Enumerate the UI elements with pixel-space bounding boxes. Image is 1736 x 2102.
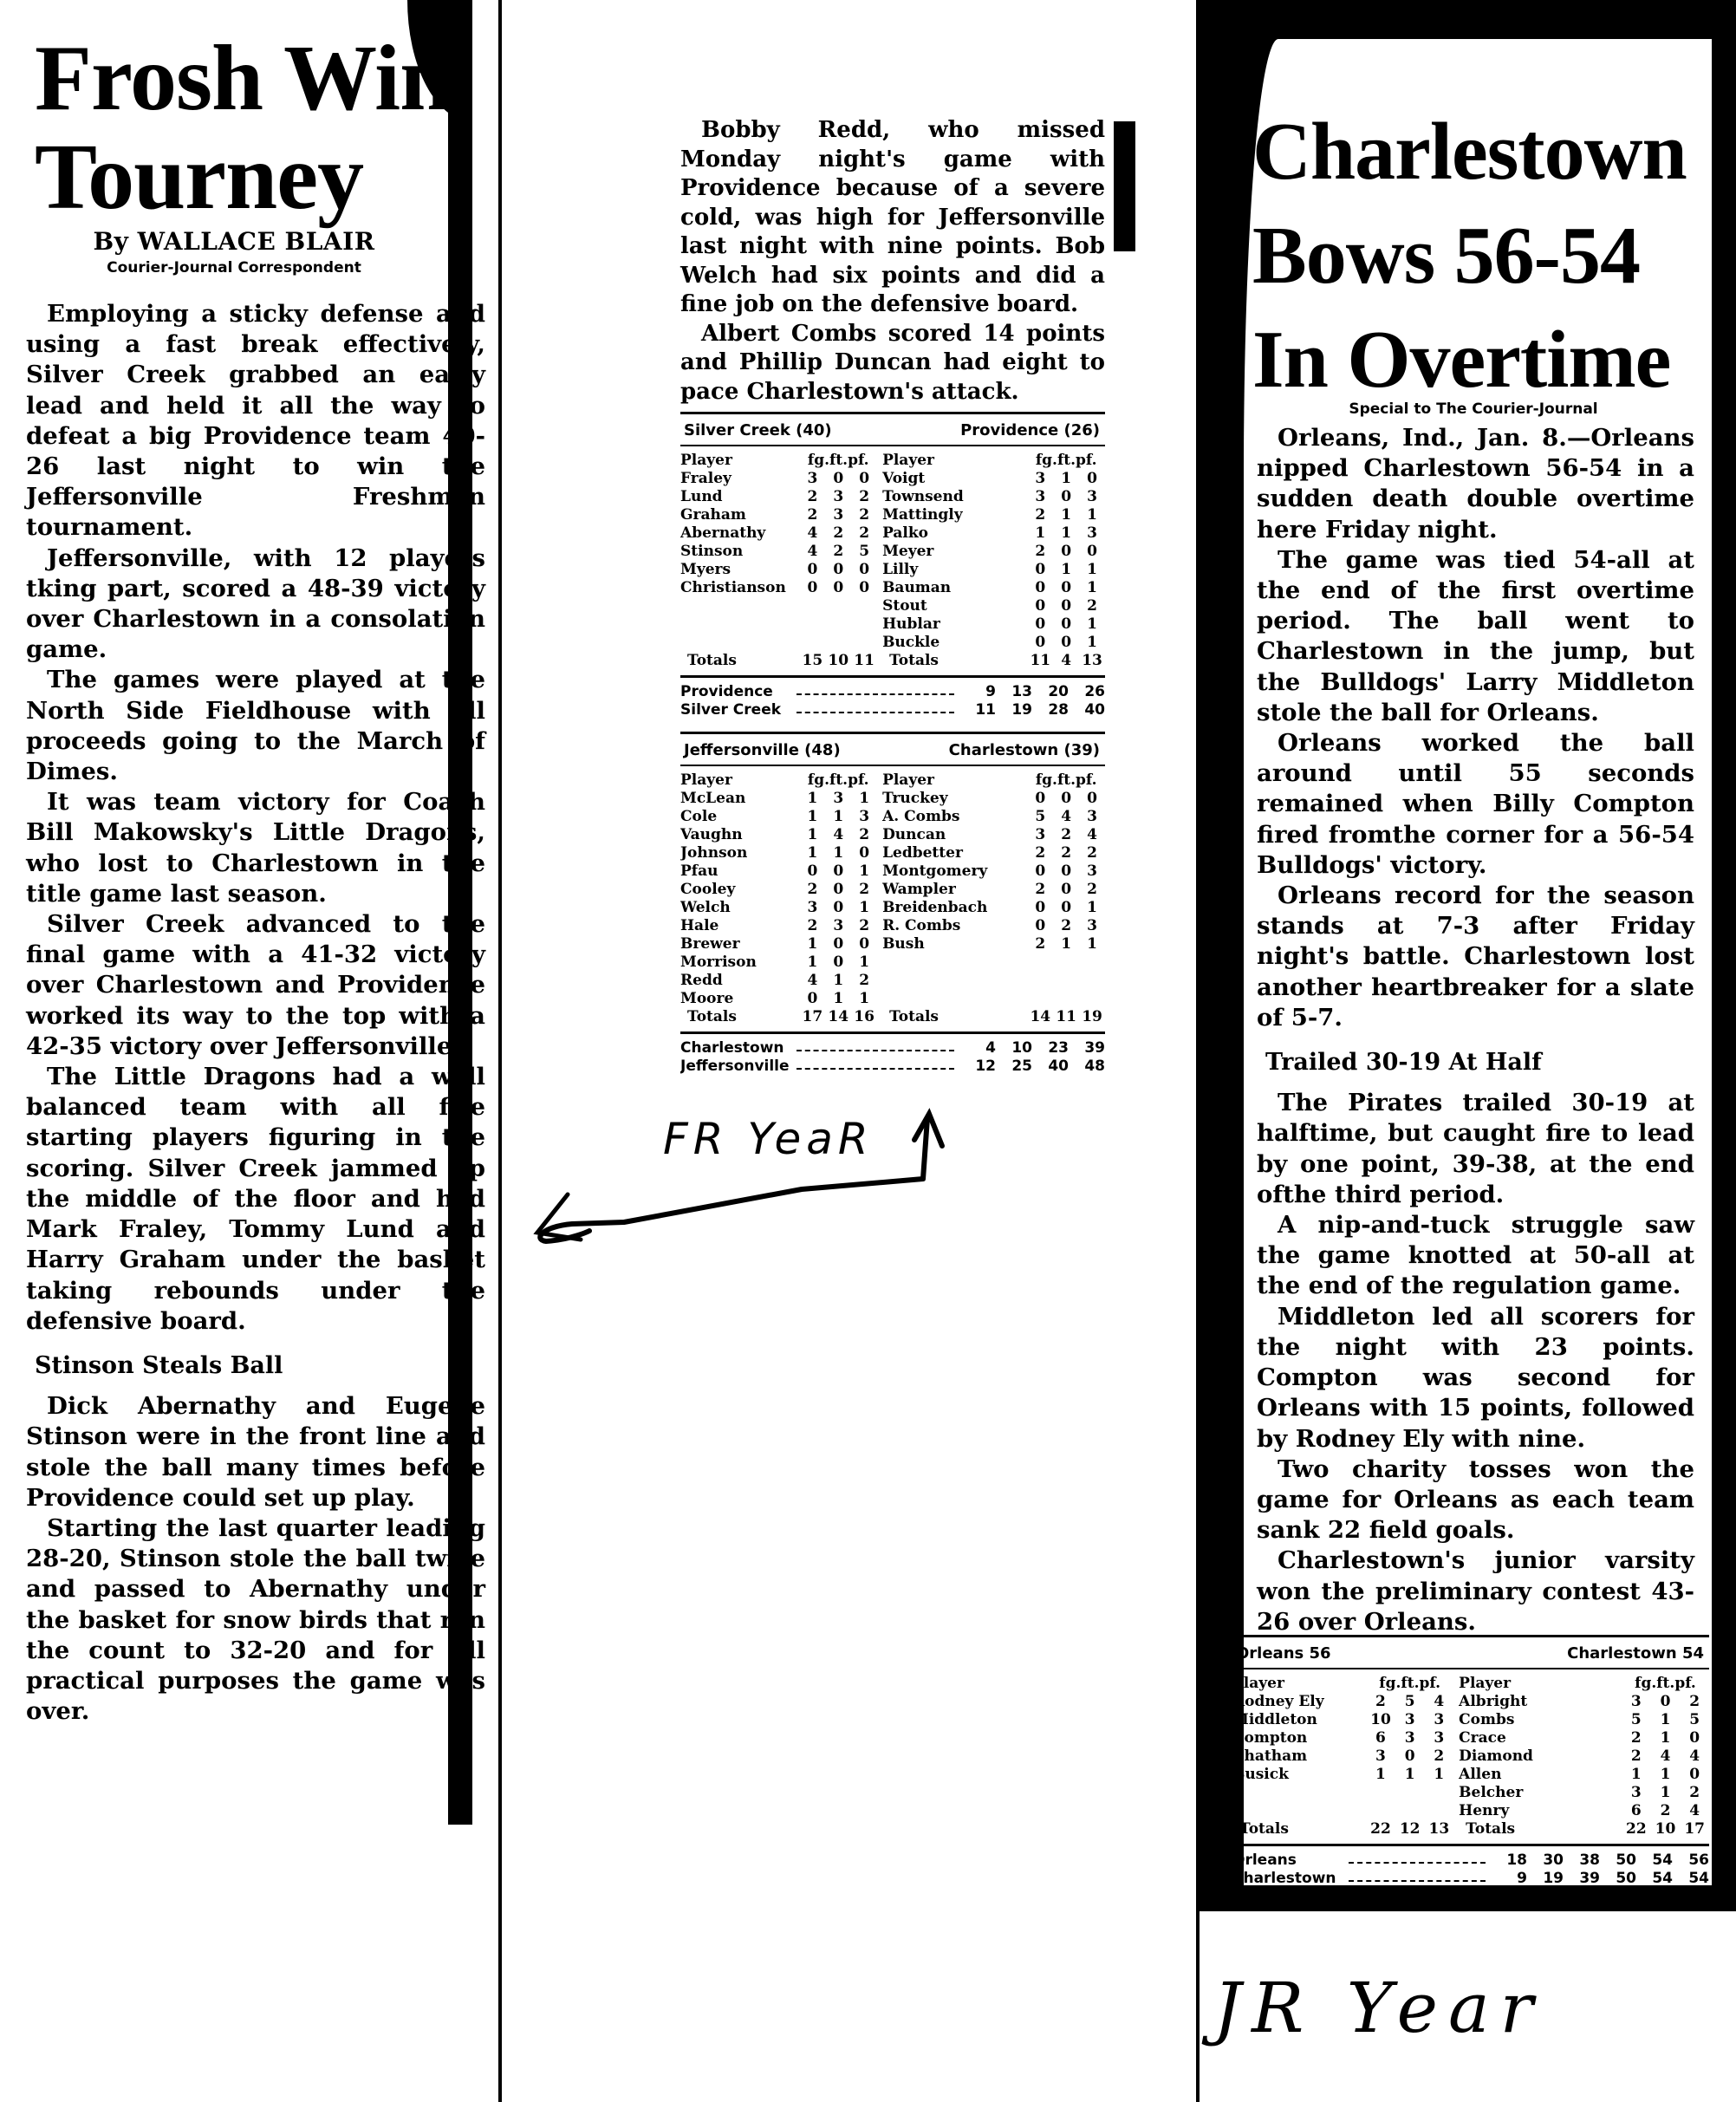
stat-pf: 2	[851, 972, 877, 990]
line-score: Orleans183038505456Charlestown9193950545…	[1232, 1851, 1709, 1888]
totals-label: Totals	[1232, 1820, 1361, 1838]
table-row: Johnson	[680, 844, 794, 862]
player-name: Myers	[680, 561, 794, 579]
stat-fg: 3	[1027, 826, 1053, 844]
table-row: Lund	[680, 488, 794, 506]
stat-pf: 2	[851, 826, 877, 844]
subhead-trailed-at-half: Trailed 30-19 At Half	[1265, 1047, 1694, 1077]
paragraph: Two charity tosses won the game for Orle…	[1257, 1454, 1694, 1546]
divider	[680, 1031, 1105, 1034]
stat-pf: 2	[1424, 1747, 1453, 1766]
period-score: 30	[1527, 1851, 1564, 1870]
table-row-stats: 011	[799, 990, 877, 1008]
stat-fg: 2	[799, 488, 825, 506]
period-score: 19	[1527, 1870, 1564, 1888]
stat-ft: 0	[825, 935, 851, 953]
player-name: Cole	[680, 808, 794, 826]
stat-ft: 3	[1395, 1711, 1425, 1729]
table-row-stats: 324	[1027, 826, 1105, 844]
player-stats-column: fg.ft.pf.302515210244110312624221017	[1622, 1675, 1709, 1838]
player-name: Stout	[882, 597, 1022, 615]
player-name: Meyer	[882, 543, 1022, 561]
table-row: Voigt	[882, 470, 1022, 488]
stat-fg: 0	[1027, 899, 1053, 917]
box-score-table: PlayerMcLeanColeVaughnJohnsonPfauCooleyW…	[680, 771, 1105, 1026]
stat-pf: 5	[1680, 1711, 1709, 1729]
stat-ft: 4	[825, 826, 851, 844]
divider	[680, 675, 1105, 678]
table-row: Middleton	[1232, 1711, 1361, 1729]
table-row-stats: 101	[799, 953, 877, 972]
table-row: McLean	[680, 790, 794, 808]
player-name: Crace	[1459, 1729, 1616, 1747]
subhead-stinson-steals-ball: Stinson Steals Ball	[35, 1350, 485, 1381]
table-row-stats: 310	[1027, 470, 1105, 488]
player-name: Townsend	[882, 488, 1022, 506]
period-score: 56	[1673, 1851, 1709, 1870]
stat-pf: 2	[1079, 881, 1105, 899]
stat-fg: 1	[1366, 1766, 1395, 1784]
column-header-player: Player	[882, 452, 1022, 470]
total-fg: 11	[1027, 652, 1053, 670]
stat-pf: 2	[851, 506, 877, 524]
table-row-stats: 200	[1027, 543, 1105, 561]
line-score: Charlestown4102339Jeffersonville12254048	[680, 1039, 1105, 1076]
paragraph: Jeffersonville, with 12 players tking pa…	[26, 543, 485, 666]
paragraph: Silver Creek advanced to the final game …	[26, 909, 485, 1062]
table-row-stats: 001	[799, 862, 877, 881]
total-pf: 17	[1680, 1820, 1709, 1838]
stat-ft: 0	[1395, 1747, 1425, 1766]
player-name: Hale	[680, 917, 794, 935]
stat-fg: 5	[1622, 1711, 1651, 1729]
stat-fg: 1	[799, 808, 825, 826]
stat-ft: 1	[1651, 1711, 1681, 1729]
table-row-stats: 000	[1027, 790, 1105, 808]
player-name: Moore	[680, 990, 794, 1008]
paragraph: Orleans worked the ball around until 55 …	[1257, 728, 1694, 881]
stat-fg: 1	[1622, 1766, 1651, 1784]
table-row: Hublar	[882, 615, 1022, 634]
line-score-row: Orleans183038505456	[1232, 1851, 1709, 1870]
period-score: 9	[1491, 1870, 1527, 1888]
stat-fg: 4	[799, 543, 825, 561]
player-name: Johnson	[680, 844, 794, 862]
period-score: 13	[996, 683, 1032, 701]
stat-fg: 1	[799, 935, 825, 953]
stat-ft: 2	[825, 543, 851, 561]
stat-pf: 2	[1680, 1784, 1709, 1802]
stat-fg: 6	[1622, 1802, 1651, 1820]
period-score: 11	[959, 701, 996, 719]
box-score-header: Orleans 56 Charlestown 54	[1232, 1643, 1709, 1663]
table-row-stats: 232	[799, 488, 877, 506]
table-row: Townsend	[882, 488, 1022, 506]
period-score: 39	[1069, 1039, 1105, 1058]
player-name: Belcher	[1459, 1784, 1616, 1802]
stat-pf: 0	[851, 935, 877, 953]
box-score-orleans-charlestown: Orleans 56 Charlestown 54 PlayerRodney E…	[1232, 1630, 1709, 1901]
table-row: Fraley	[680, 470, 794, 488]
stat-ft: 1	[1053, 470, 1079, 488]
stat-pf: 1	[851, 790, 877, 808]
stat-pf: 2	[1680, 1693, 1709, 1711]
stat-fg: 4	[799, 524, 825, 543]
total-pf: 13	[1424, 1820, 1453, 1838]
stat-pf: 3	[851, 808, 877, 826]
total-fg: 17	[799, 1008, 825, 1026]
total-pf: 13	[1079, 652, 1105, 670]
stat-fg: 3	[799, 899, 825, 917]
table-row: Wampler	[882, 881, 1022, 899]
player-name: Welch	[680, 899, 794, 917]
stat-pf: 0	[1680, 1729, 1709, 1747]
table-row-stats: 003	[1027, 862, 1105, 881]
stat-pf: 1	[1424, 1766, 1453, 1784]
table-row-stats: 113	[1027, 524, 1105, 543]
table-row: Busick	[1232, 1766, 1361, 1784]
box-score-header: Silver Creek (40) Providence (26)	[680, 420, 1105, 439]
author-name: By WALLACE BLAIR	[26, 227, 442, 256]
total-fg: 22	[1622, 1820, 1651, 1838]
table-row-stats: 422	[799, 524, 877, 543]
stat-fg: 3	[1622, 1693, 1651, 1711]
line-score-row: Providence9132026	[680, 683, 1105, 701]
stat-pf: 3	[1079, 808, 1105, 826]
leader-dots	[1349, 1851, 1486, 1864]
table-row: Bauman	[882, 579, 1022, 597]
period-score: 40	[1032, 1058, 1069, 1076]
table-row: Vaughn	[680, 826, 794, 844]
player-stats-column: fg.ft.pf.0005433242220032020010232111411…	[1027, 771, 1105, 1026]
player-name: Wampler	[882, 881, 1022, 899]
stat-pf: 1	[1079, 506, 1105, 524]
box-score-table: PlayerFraleyLundGrahamAbernathyStinsonMy…	[680, 452, 1105, 670]
stat-pf: 1	[1079, 579, 1105, 597]
player-name: Hublar	[882, 615, 1022, 634]
table-row: Redd	[680, 972, 794, 990]
stat-pf: 2	[851, 524, 877, 543]
stat-pf: 0	[851, 579, 877, 597]
table-row: Duncan	[882, 826, 1022, 844]
table-row: Combs	[1459, 1711, 1616, 1729]
stat-fg: 0	[1027, 597, 1053, 615]
table-row: Henry	[1459, 1802, 1616, 1820]
table-row-stats: 543	[1027, 808, 1105, 826]
stat-pf: 3	[1079, 917, 1105, 935]
player-names-column: PlayerAlbrightCombsCraceDiamondAllenBelc…	[1459, 1675, 1616, 1838]
paragraph: The Little Dragons had a well balanced t…	[26, 1062, 485, 1337]
total-ft: 10	[1651, 1820, 1681, 1838]
stat-ft: 1	[1651, 1784, 1681, 1802]
stat-fg: 3	[1622, 1784, 1651, 1802]
table-row: Diamond	[1459, 1747, 1616, 1766]
stat-pf: 0	[1680, 1766, 1709, 1784]
line-score-row: Charlestown91939505454	[1232, 1870, 1709, 1888]
divider	[1232, 1893, 1709, 1896]
stat-ft: 3	[825, 917, 851, 935]
paragraph: The game was tied 54-all at the end of t…	[1257, 545, 1694, 728]
stat-fg: 0	[1027, 615, 1053, 634]
stat-pf: 1	[1079, 615, 1105, 634]
player-name: Albright	[1459, 1693, 1616, 1711]
table-row: Lilly	[882, 561, 1022, 579]
table-row: Meyer	[882, 543, 1022, 561]
stat-pf: 2	[851, 881, 877, 899]
divider	[680, 412, 1105, 414]
stat-fg: 0	[1027, 917, 1053, 935]
wire-credit: Special to The Courier-Journal	[1257, 400, 1690, 418]
table-row-stats: 202	[799, 881, 877, 899]
period-score: 26	[1069, 683, 1105, 701]
table-row	[680, 597, 794, 615]
paragraph: The Pirates trailed 30-19 at halftime, b…	[1257, 1088, 1694, 1210]
table-row	[882, 953, 1022, 972]
stat-fg: 1	[799, 953, 825, 972]
stat-ft: 0	[1053, 615, 1079, 634]
table-row-stats	[799, 615, 877, 634]
stat-ft: 2	[825, 524, 851, 543]
player-name: Montgomery	[882, 862, 1022, 881]
table-row-stats: 254	[1366, 1693, 1453, 1711]
stat-fg: 2	[1622, 1729, 1651, 1747]
stat-fg: 2	[799, 917, 825, 935]
totals-label: Totals	[680, 652, 794, 670]
stat-ft: 0	[825, 561, 851, 579]
stat-fg: 2	[799, 506, 825, 524]
stat-ft: 4	[1651, 1747, 1681, 1766]
stat-ft: 3	[1395, 1729, 1425, 1747]
stat-ft: 3	[825, 488, 851, 506]
stat-ft: 3	[825, 506, 851, 524]
right-clipping: Charlestown Bows 56-54 In Overtime Speci…	[1196, 0, 1736, 2102]
line-score-row: Charlestown4102339	[680, 1039, 1105, 1058]
player-stats-column: fg.ft.pf.3103032111132000110010020010011…	[1027, 452, 1105, 670]
stat-pf: 1	[1079, 561, 1105, 579]
stat-fg: 2	[1027, 844, 1053, 862]
table-row-stats: 425	[799, 543, 877, 561]
column-header-stats: fg.ft.pf.	[1027, 452, 1105, 470]
stat-ft: 4	[1053, 808, 1079, 826]
stat-fg: 1	[799, 826, 825, 844]
player-stats-column: fg.ft.pf.1311131421100012023012321001014…	[799, 771, 877, 1026]
column-header-stats: fg.ft.pf.	[1027, 771, 1105, 790]
stat-pf: 1	[1079, 899, 1105, 917]
period-score: 48	[1069, 1058, 1105, 1076]
stat-pf: 3	[1424, 1711, 1453, 1729]
table-row-stats	[1027, 972, 1105, 990]
table-row-stats	[1027, 953, 1105, 972]
table-row-stats: 110	[1622, 1766, 1709, 1784]
table-row-stats: 202	[1027, 881, 1105, 899]
table-row	[882, 990, 1022, 1008]
stat-pf: 0	[851, 844, 877, 862]
total-pf: 16	[851, 1008, 877, 1026]
stat-ft: 0	[1651, 1693, 1681, 1711]
paragraph: A nip-and-tuck struggle saw the game kno…	[1257, 1210, 1694, 1302]
stat-ft: 0	[1053, 881, 1079, 899]
player-name: Busick	[1232, 1766, 1361, 1784]
table-row: Albright	[1459, 1693, 1616, 1711]
player-name: Redd	[680, 972, 794, 990]
player-name: Middleton	[1232, 1711, 1361, 1729]
table-row: Allen	[1459, 1766, 1616, 1784]
stat-pf: 1	[851, 862, 877, 881]
stat-ft: 1	[825, 990, 851, 1008]
stat-fg: 6	[1366, 1729, 1395, 1747]
totals-label: Totals	[882, 1008, 1022, 1026]
divider	[680, 445, 1105, 446]
table-row-stats	[1366, 1784, 1453, 1802]
table-row-stats: 100	[799, 935, 877, 953]
player-name: Morrison	[680, 953, 794, 972]
stat-fg: 0	[1027, 561, 1053, 579]
player-name: Cooley	[680, 881, 794, 899]
table-row: Bush	[882, 935, 1022, 953]
column-header-player: Player	[680, 452, 794, 470]
table-row-stats: 001	[1027, 579, 1105, 597]
stat-ft: 0	[1053, 597, 1079, 615]
stat-pf: 1	[851, 953, 877, 972]
period-score: 40	[1069, 701, 1105, 719]
total-pf: 19	[1079, 1008, 1105, 1026]
article-body-middle: Bobby Redd, who missed Monday night's ga…	[680, 116, 1105, 1076]
player-names-column: PlayerRodney ElyMiddletonComptonChathamB…	[1232, 1675, 1361, 1838]
stat-ft: 0	[1053, 862, 1079, 881]
box-score-jeffersonville-charlestown: Jeffersonville (48) Charlestown (39) Pla…	[680, 739, 1105, 1076]
table-row: Graham	[680, 506, 794, 524]
table-row-stats: 000	[799, 561, 877, 579]
stat-fg: 3	[1366, 1747, 1395, 1766]
player-name: Christianson	[680, 579, 794, 597]
headline-charlestown-bows: Charlestown Bows 56-54 In Overtime	[1252, 100, 1703, 412]
table-row: Christianson	[680, 579, 794, 597]
stat-pf: 3	[1424, 1729, 1453, 1747]
period-score: 54	[1636, 1851, 1673, 1870]
handwritten-jr-year: JR Year	[1213, 1968, 1544, 2048]
stat-fg: 3	[1027, 488, 1053, 506]
stat-pf: 1	[1079, 634, 1105, 652]
player-name: A. Combs	[882, 808, 1022, 826]
line-score-team: Charlestown	[1232, 1870, 1345, 1888]
period-score: 28	[1032, 701, 1069, 719]
stat-fg: 2	[1366, 1693, 1395, 1711]
player-name: Abernathy	[680, 524, 794, 543]
player-name: Bush	[882, 935, 1022, 953]
stat-pf: 4	[1680, 1802, 1709, 1820]
leader-dots	[796, 1058, 954, 1070]
table-row-stats: 302	[1622, 1693, 1709, 1711]
table-row: Montgomery	[882, 862, 1022, 881]
table-row: Truckey	[882, 790, 1022, 808]
stat-ft: 1	[1053, 935, 1079, 953]
column-header-player: Player	[1232, 1675, 1361, 1693]
stat-ft: 1	[825, 972, 851, 990]
line-score-team: Jeffersonville	[680, 1058, 793, 1076]
table-row	[1232, 1784, 1361, 1802]
stat-pf: 0	[851, 470, 877, 488]
stat-fg: 3	[1027, 470, 1053, 488]
table-row-stats: 111	[1366, 1766, 1453, 1784]
player-name: Combs	[1459, 1711, 1616, 1729]
table-row-stats: 303	[1027, 488, 1105, 506]
page-divider	[498, 0, 502, 2102]
table-row-stats: 301	[799, 899, 877, 917]
stat-fg: 2	[1027, 881, 1053, 899]
player-name: Lund	[680, 488, 794, 506]
table-row-stats: 1033	[1366, 1711, 1453, 1729]
leader-dots	[796, 701, 954, 713]
player-name: Compton	[1232, 1729, 1361, 1747]
player-name: McLean	[680, 790, 794, 808]
table-row-stats: 210	[1622, 1729, 1709, 1747]
stat-ft: 1	[825, 844, 851, 862]
period-score: 39	[1564, 1870, 1600, 1888]
table-row	[680, 615, 794, 634]
stat-fg: 2	[1622, 1747, 1651, 1766]
stat-ft: 0	[1053, 543, 1079, 561]
stat-fg: 2	[1027, 543, 1053, 561]
table-row-stats: 624	[1622, 1802, 1709, 1820]
table-row: Brewer	[680, 935, 794, 953]
totals-label: Totals	[1459, 1820, 1616, 1838]
table-row-stats: 211	[1027, 506, 1105, 524]
period-score: 18	[1491, 1851, 1527, 1870]
table-row-stats: 244	[1622, 1747, 1709, 1766]
table-row: Belcher	[1459, 1784, 1616, 1802]
line-score-row: Silver Creek11192840	[680, 701, 1105, 719]
line-score-team: Orleans	[1232, 1851, 1345, 1870]
stat-pf: 2	[1079, 597, 1105, 615]
table-row: Ledbetter	[882, 844, 1022, 862]
total-ft: 11	[1053, 1008, 1079, 1026]
stat-ft: 1	[1053, 524, 1079, 543]
stat-pf: 3	[1079, 862, 1105, 881]
table-row: Hale	[680, 917, 794, 935]
player-name: Diamond	[1459, 1747, 1616, 1766]
box-score-table: PlayerRodney ElyMiddletonComptonChathamB…	[1232, 1675, 1709, 1838]
divider	[1232, 1844, 1709, 1846]
stat-fg: 2	[1027, 935, 1053, 953]
column-header-player: Player	[680, 771, 794, 790]
box-score-silver-creek-providence: Silver Creek (40) Providence (26) Player…	[680, 420, 1105, 719]
period-score: 9	[959, 683, 996, 701]
stat-ft: 3	[825, 790, 851, 808]
stat-ft: 0	[1053, 634, 1079, 652]
player-names-column: PlayerTruckeyA. CombsDuncanLedbetterMont…	[882, 771, 1022, 1026]
stat-fg: 1	[799, 790, 825, 808]
table-row: Welch	[680, 899, 794, 917]
paragraph: Orleans record for the season stands at …	[1257, 881, 1694, 1033]
table-row	[882, 972, 1022, 990]
total-fg: 22	[1366, 1820, 1395, 1838]
stat-pf: 2	[851, 488, 877, 506]
total-pf: 11	[851, 652, 877, 670]
stat-pf: 3	[1079, 524, 1105, 543]
stat-ft: 2	[1053, 826, 1079, 844]
column-header-stats: fg.ft.pf.	[799, 452, 877, 470]
period-score: 50	[1600, 1870, 1636, 1888]
stat-pf: 0	[851, 561, 877, 579]
player-name: Fraley	[680, 470, 794, 488]
byline: By WALLACE BLAIR Courier-Journal Corresp…	[26, 227, 442, 277]
stat-fg: 2	[1027, 506, 1053, 524]
table-row: Stinson	[680, 543, 794, 561]
stat-ft: 0	[825, 470, 851, 488]
total-ft: 14	[825, 1008, 851, 1026]
table-row: Palko	[882, 524, 1022, 543]
player-name: Vaughn	[680, 826, 794, 844]
